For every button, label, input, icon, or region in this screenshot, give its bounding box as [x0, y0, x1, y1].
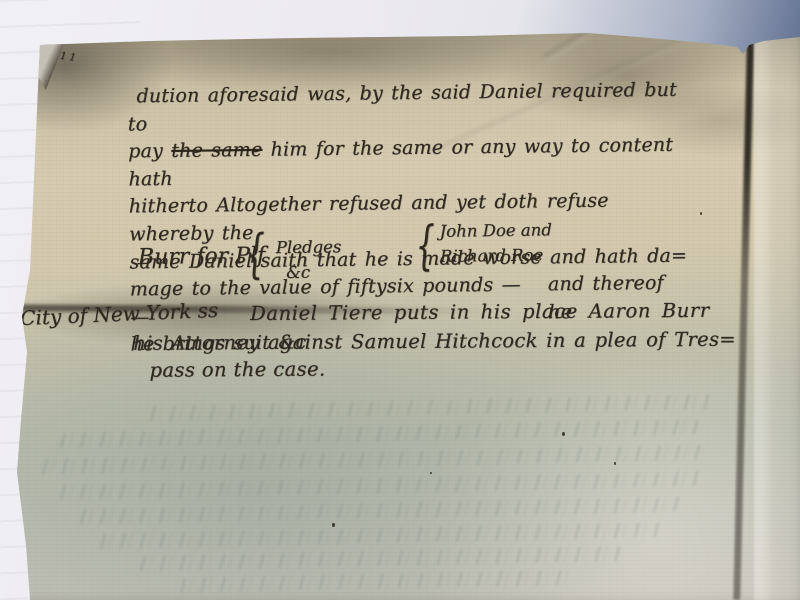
venue-line: pass on the case.	[149, 358, 325, 382]
venue-line: Daniel Tiere puts in his place Aaron Bur…	[250, 299, 710, 325]
manuscript-photograph: 11 dution aforesaid was, by the said Dan…	[0, 0, 800, 600]
venue-caption: City of New York ss	[20, 298, 219, 330]
venue-line: his Attorney against Samuel Hitchcock in…	[133, 328, 736, 355]
venue-section: City of New York ss Daniel Tiere puts in…	[0, 0, 800, 600]
manuscript-page: 11 dution aforesaid was, by the said Dan…	[0, 0, 800, 600]
